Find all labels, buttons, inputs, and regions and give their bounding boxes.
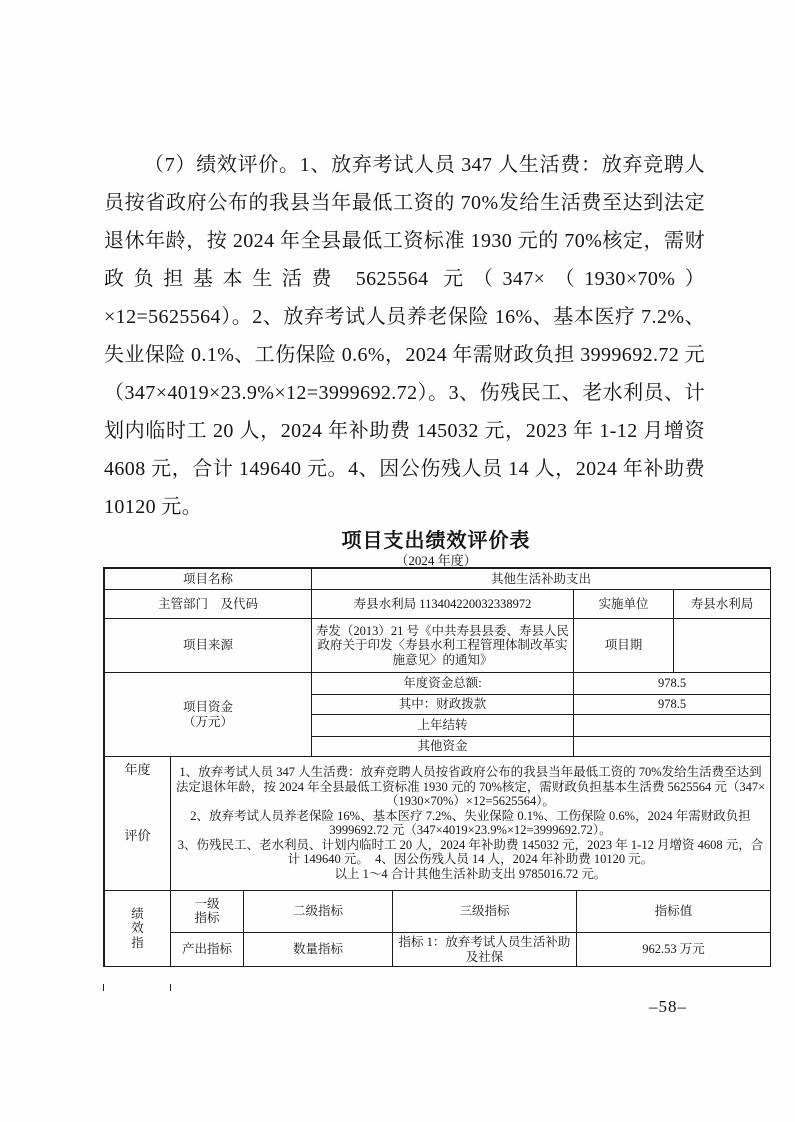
level2-header: 二级指标 <box>244 891 393 933</box>
annual-evaluation-text: 1、放弃考试人员 347 人生活费：放弃竞聘人员按省政府公布的我县当年最低工资的… <box>171 757 771 890</box>
table-row: 项目来源 寿发（2013）21 号《中共寿县县委、寿县人民政府关于印发〈寿县水利… <box>105 619 771 673</box>
level3-cell: 指标 1：放弃考试人员生活补助及社保 <box>393 933 577 967</box>
performance-indicator-table: 绩 效 指 一级 指标 二级指标 三级指标 指标值 产出指标 数量指标 指标 1… <box>104 891 771 968</box>
performance-side-label: 绩 效 指 <box>105 891 171 967</box>
table-row: 项目名称 其他生活补助支出 <box>105 569 771 590</box>
indicator-value-header: 指标值 <box>577 891 771 933</box>
table-row: 年度 评价 1、放弃考试人员 347 人生活费：放弃竞聘人员按省政府公布的我县当… <box>105 757 771 890</box>
source-value: 寿发（2013）21 号《中共寿县县委、寿县人民政府关于印发〈寿县水利工程管理体… <box>312 619 574 673</box>
dept-label: 主管部门 及代码 <box>105 590 312 619</box>
annual-evaluation-label: 年度 评价 <box>105 757 171 890</box>
level3-header: 三级指标 <box>393 891 577 933</box>
table-title: 项目支出绩效评价表 <box>103 524 769 553</box>
funds-other-value <box>574 737 771 757</box>
funds-fiscal-value: 978.5 <box>574 695 771 715</box>
project-info-table: 项目名称 其他生活补助支出 主管部门 及代码 寿县水利局 11340422003… <box>104 568 771 757</box>
impl-unit-label: 实施单位 <box>574 590 674 619</box>
document-page: （7）绩效评价。1、放弃考试人员 347 人生活费：放弃竞聘人员按省政府公布的我… <box>0 0 795 1122</box>
performance-evaluation-table: 项目名称 其他生活补助支出 主管部门 及代码 寿县水利局 11340422003… <box>103 567 771 967</box>
funds-other-label: 其他资金 <box>312 737 574 757</box>
impl-unit-value: 寿县水利局 <box>674 590 771 619</box>
level1-cell: 产出指标 <box>171 933 244 967</box>
funds-total-label: 年度资金总额: <box>312 673 574 695</box>
table-row: 绩 效 指 一级 指标 二级指标 三级指标 指标值 <box>105 891 771 933</box>
level2-cell: 数量指标 <box>244 933 393 967</box>
period-label: 项目期 <box>574 619 674 673</box>
indicator-value-cell: 962.53 万元 <box>577 933 771 967</box>
source-label: 项目来源 <box>105 619 312 673</box>
project-name-value: 其他生活补助支出 <box>312 569 771 590</box>
funds-label: 项目资金 （万元） <box>105 673 312 757</box>
funds-carryover-value <box>574 715 771 737</box>
page-number: –58– <box>649 997 687 1017</box>
dept-value: 寿县水利局 113404220032338972 <box>312 590 574 619</box>
period-value <box>674 619 771 673</box>
table-row: 项目资金 （万元） 年度资金总额: 978.5 <box>105 673 771 695</box>
funds-total-value: 978.5 <box>574 673 771 695</box>
table-row: 产出指标 数量指标 指标 1：放弃考试人员生活补助及社保 962.53 万元 <box>105 933 771 967</box>
funds-carryover-label: 上年结转 <box>312 715 574 737</box>
project-name-label: 项目名称 <box>105 569 312 590</box>
annual-evaluation-table: 年度 评价 1、放弃考试人员 347 人生活费：放弃竞聘人员按省政府公布的我县当… <box>104 757 771 891</box>
funds-fiscal-label: 其中：财政拨款 <box>312 695 574 715</box>
page-break-cell-lines <box>103 984 171 991</box>
annual-evaluation-label-line1: 年度 <box>105 763 170 778</box>
table-row: 主管部门 及代码 寿县水利局 113404220032338972 实施单位 寿… <box>105 590 771 619</box>
body-paragraph: （7）绩效评价。1、放弃考试人员 347 人生活费：放弃竞聘人员按省政府公布的我… <box>104 146 705 526</box>
level1-header: 一级 指标 <box>171 891 244 933</box>
annual-evaluation-label-line2: 评价 <box>105 829 170 844</box>
